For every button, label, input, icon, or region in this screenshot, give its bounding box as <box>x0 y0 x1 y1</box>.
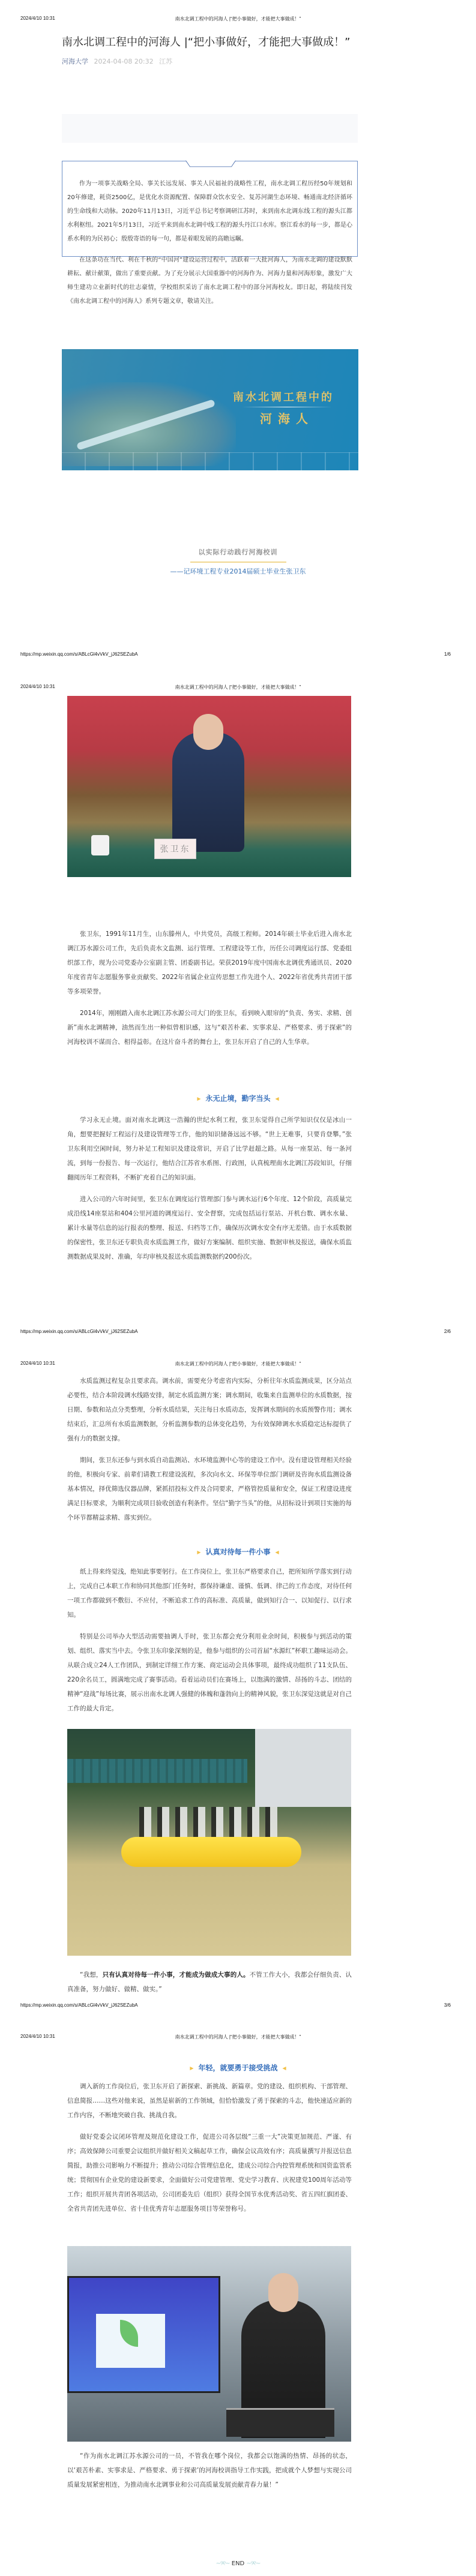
quote-pre: “我想， <box>80 1971 103 1978</box>
body-block-2: 学习永无止境。面对南水北调这一浩瀚的世纪水利工程，张卫东觉得自己所学知识仅仅是冰… <box>67 1113 352 1264</box>
triangle-right-icon: ▶ <box>190 2065 193 2071</box>
paragraph: 期间，张卫东还参与到水质自动监测站、水环境监测中心等的建设工作中。没有建设管理相… <box>67 1453 352 1525</box>
end-label: END <box>232 2560 245 2567</box>
motto-underline <box>190 562 286 563</box>
podium <box>226 2408 334 2437</box>
print-title: 南水北调工程中的河海人 |“把小事做好，才能把大事做成！” <box>0 2034 476 2040</box>
triangle-left-icon: ◀ <box>276 1096 279 1101</box>
quote-paragraph: “我想，只有认真对待每一件小事，才能成为做成大事的人。不管工作大小，我都会仔细负… <box>67 1968 352 1996</box>
body-block-4: 纸上得来终觉浅，绝知此事要躬行。在工作岗位上，张卫东严格要求自己，把所知所学落实… <box>67 1565 352 1716</box>
print-title: 南水北调工程中的河海人 |“把小事做好，才能把大事做成！” <box>0 16 476 22</box>
print-url: https://mp.weixin.qq.com/s/ABLcGl4vVkV_j… <box>20 2002 138 2008</box>
portrait-photo: 张卫东 <box>67 696 351 877</box>
presentation-screen <box>67 2276 220 2393</box>
print-title: 南水北调工程中的河海人 |“把小事做好，才能把大事做成！” <box>0 684 476 690</box>
stadium-stands <box>67 1759 247 1783</box>
intro-box: 作为一项事关战略全局、事关长远发展、事关人民福祉的战略性工程，南水北调工程历经5… <box>62 161 358 257</box>
article-meta: 河海大学 2024-04-08 20:32 江苏 <box>62 56 374 66</box>
motto-title: 以实际行动践行河海校训 <box>0 547 476 557</box>
bio-paragraph: 张卫东，1991年11月生，山东滕州人，中共党员，高级工程师。2014年硕士毕业… <box>67 927 352 999</box>
ornament-left-icon: ~୨୧~ <box>216 2560 230 2567</box>
body-block-3: 水质监测过程复杂且要求高。调水前，需要充分考虑省内实际，分析往年水质监测成果，区… <box>67 1374 352 1525</box>
paragraph: 进入公司的六年时间里，张卫东在调度运行管理部门参与调水运行6个年度、12个阶段，… <box>67 1192 352 1264</box>
paragraph: 特别是公司举办大型活动需要抽调人手时，张卫东都会充分利用业余时间，积极参与到活动… <box>67 1629 352 1716</box>
print-url: https://mp.weixin.qq.com/s/ABLcGl4vVkV_j… <box>20 651 138 657</box>
page-number: 1/6 <box>444 651 451 657</box>
body-block-5: 调入新的工作岗位后，张卫东开启了新探索、新挑战、新篇章。党的建设、组织机构、干部… <box>67 2079 352 2216</box>
person-face <box>193 714 223 750</box>
page-number: 2/6 <box>444 1329 451 1334</box>
quote-bold: 只有认真对待每一件小事，才能成为做成大事的人。 <box>103 1971 250 1978</box>
sports-event-photo <box>67 1729 351 1956</box>
cup <box>91 835 109 855</box>
triangle-right-icon: ▶ <box>197 1096 200 1101</box>
hero-decoration <box>62 452 358 470</box>
person-figure <box>172 732 244 852</box>
presentation-photo <box>67 2246 351 2442</box>
quote-paragraph: “作为南水北调江苏水源公司的一员，不管我在哪个岗位，我都会以饱满的热情、昂扬的状… <box>67 2449 352 2492</box>
triangle-left-icon: ◀ <box>276 1550 279 1555</box>
author-link[interactable]: 河海大学 <box>62 58 88 65</box>
hero-divider <box>242 407 332 407</box>
nameplate: 张卫东 <box>154 839 196 859</box>
section-title: 认真对待每一件小事 <box>205 1548 270 1556</box>
intro-paragraph-2: 在这条功在当代、利在千秋的“中国河”建设运营过程中，活跃着一大批河海人，为南水北… <box>67 253 352 308</box>
section-title: 永无止境，勤字当头 <box>205 1094 270 1103</box>
article-header: 南水北调工程中的河海人 |“把小事做好，才能把大事做成！” 河海大学 2024-… <box>62 35 374 66</box>
leaf-graphic <box>96 2314 165 2368</box>
page-number: 3/6 <box>444 2002 451 2008</box>
paragraph-2014: 2014年，刚刚踏入南水北调江苏水源公司大门的张卫东，看到映入眼帘的“负责、务实… <box>67 1006 352 1049</box>
hero-banner-image: 南水北调工程中的 河海人 <box>62 349 358 470</box>
quote-block-1: “我想，只有认真对待每一件小事，才能成为做成大事的人。不管工作大小，我都会仔细负… <box>67 1968 352 1996</box>
article-title: 南水北调工程中的河海人 |“把小事做好，才能把大事做成！” <box>62 35 374 50</box>
publish-date: 2024-04-08 20:32 <box>94 58 154 65</box>
quote-block-2: “作为南水北调江苏水源公司的一员，不管我在哪个岗位，我都会以饱满的热情、昂扬的状… <box>67 2449 352 2492</box>
paragraph: 做好党委会议闭环管理及规范化建设工作，促进公司各层级“三重一大”决策更加规范、严… <box>67 2130 352 2216</box>
motto-block: 以实际行动践行河海校训 ——记环境工程专业2014届硕士毕业生张卫东 <box>0 547 476 576</box>
ornament-right-icon: ~୨୧~ <box>246 2560 260 2567</box>
section-heading-2: ▶认真对待每一件小事◀ <box>0 1547 476 1557</box>
triangle-right-icon: ▶ <box>197 1550 200 1555</box>
paragraph: 水质监测过程复杂且要求高。调水前，需要充分考虑省内实际，分析往年水质监测成果，区… <box>67 1374 352 1446</box>
paragraph: 调入新的工作岗位后，张卫东开启了新探索、新挑战、新篇章。党的建设、组织机构、干部… <box>67 2079 352 2122</box>
grey-banner <box>62 114 358 143</box>
inflatable-banana <box>121 1837 301 1867</box>
motto-subtitle: ——记环境工程专业2014届硕士毕业生张卫东 <box>0 566 476 576</box>
paragraph: 纸上得来终觉浅，绝知此事要躬行。在工作岗位上，张卫东严格要求自己，把所知所学落实… <box>67 1565 352 1622</box>
hero-title-line2: 河海人 <box>260 409 314 427</box>
section-title: 年轻，就要勇于接受挑战 <box>198 2064 277 2072</box>
paragraph: 学习永无止境。面对南水北调这一浩瀚的世纪水利工程，张卫东觉得自己所学知识仅仅是冰… <box>67 1113 352 1185</box>
building <box>255 1729 351 1807</box>
intro-paragraph-1: 作为一项事关战略全局、事关长远发展、事关人民福祉的战略性工程，南水北调工程历经5… <box>67 177 352 246</box>
end-marker: ~୨୧~ END ~୨୧~ <box>0 2560 476 2567</box>
section-heading-1: ▶永无止境，勤字当头◀ <box>0 1093 476 1103</box>
body-block-1: 张卫东，1991年11月生，山东滕州人，中共党员，高级工程师。2014年硕士毕业… <box>67 927 352 1049</box>
publish-location: 江苏 <box>159 58 172 65</box>
triangle-left-icon: ◀ <box>283 2065 286 2071</box>
section-heading-3: ▶年轻，就要勇于接受挑战◀ <box>0 2062 476 2073</box>
print-url: https://mp.weixin.qq.com/s/ABLcGl4vVkV_j… <box>20 1329 138 1334</box>
print-title: 南水北调工程中的河海人 |“把小事做好，才能把大事做成！” <box>0 1361 476 1367</box>
speaker-face <box>268 2273 298 2312</box>
hero-title-line1: 南水北调工程中的 <box>233 389 334 404</box>
